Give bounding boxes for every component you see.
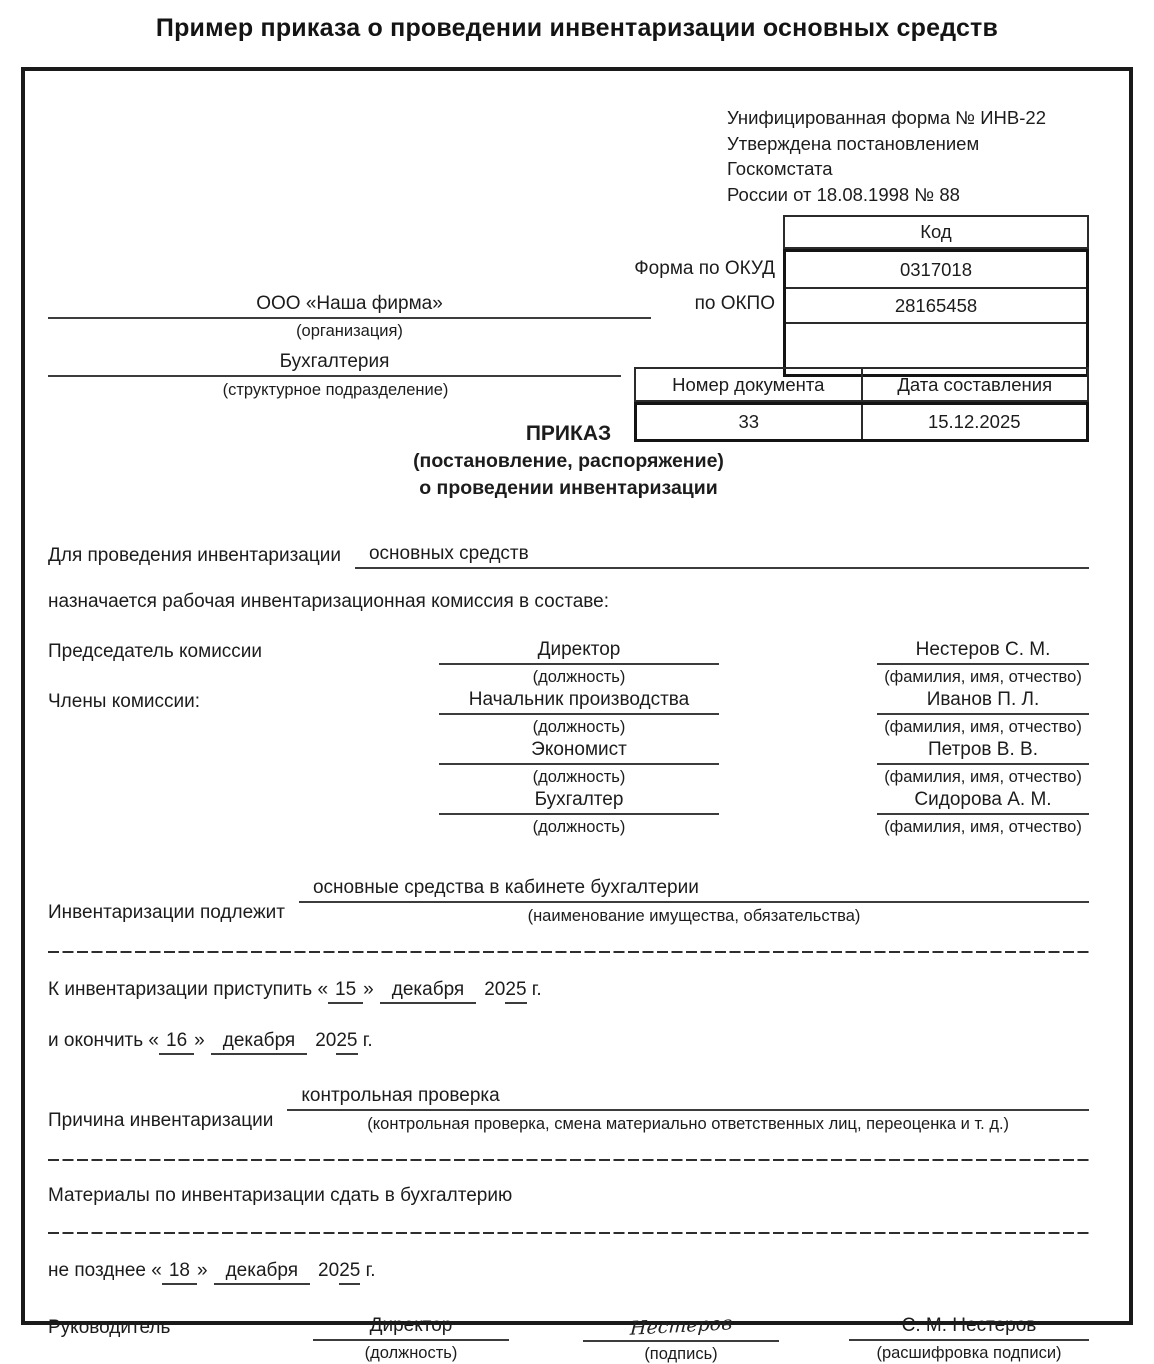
position-hint: (должность) — [439, 715, 719, 737]
intro-continuation: назначается рабочая инвентаризационная к… — [48, 591, 1089, 613]
code-table-header: Код — [783, 215, 1089, 249]
end-prefix: и окончить « — [48, 1030, 159, 1051]
year-suffix: г. — [366, 1260, 376, 1281]
form-meta-line: Унифицированная форма № ИНВ-22 — [727, 105, 1089, 131]
code-table: Код 0317018 28165458 — [783, 215, 1089, 377]
quote-close: » — [197, 1260, 208, 1281]
name-hint: (фамилия, имя, отчество) — [877, 815, 1089, 837]
intro-value-field: основных средств — [355, 543, 1089, 569]
header-grid: Форма по ОКУД ООО «Наша фирма» по ОКПО (… — [48, 215, 1089, 377]
position-field: Бухгалтер — [439, 789, 719, 815]
spacer — [719, 639, 877, 687]
signature-position-cell: Директор (должность) — [313, 1315, 509, 1364]
form-meta: Унифицированная форма № ИНВ-22 Утвержден… — [727, 105, 1089, 207]
year-century: 20 — [318, 1260, 339, 1281]
subject-label: Инвентаризации подлежит — [48, 902, 299, 926]
spacer — [509, 1315, 583, 1364]
subject-hint: (наименование имущества, обязательства) — [299, 903, 1089, 926]
commission-position-cell: Начальник производства (должность) — [439, 689, 719, 737]
spacer — [779, 1315, 849, 1364]
name-field: Иванов П. Л. — [877, 689, 1089, 715]
materials-line: Материалы по инвентаризации сдать в бухг… — [48, 1185, 1089, 1207]
commission-role: Члены комиссии: — [48, 689, 439, 737]
department-field: Бухгалтерия — [48, 351, 621, 377]
page-title: Пример приказа о проведении инвентаризац… — [10, 14, 1144, 43]
start-day-field: 15 — [328, 979, 363, 1004]
position-field: Экономист — [439, 739, 719, 765]
doc-number-header: Номер документа — [634, 367, 863, 402]
doc-date-header: Дата составления — [863, 367, 1090, 402]
doc-info-header-row: Номер документа Дата составления — [634, 367, 1089, 402]
end-day-field: 16 — [159, 1030, 194, 1055]
commission-name-cell: Нестеров С. М. (фамилия, имя, отчество) — [877, 639, 1089, 687]
document-frame: Унифицированная форма № ИНВ-22 Утвержден… — [21, 67, 1133, 1325]
signature-name-cell: С. М. Нестеров (расшифровка подписи) — [849, 1315, 1089, 1364]
commission-position-cell: Экономист (должность) — [439, 739, 719, 787]
commission-name-cell: Петров В. В. (фамилия, имя, отчество) — [877, 739, 1089, 787]
spacer — [719, 789, 877, 837]
commission-row: Экономист (должность) Петров В. В. (фами… — [48, 739, 1089, 787]
signature-row: Руководитель Директор (должность) Нестер… — [48, 1315, 1089, 1364]
commission-position-cell: Директор (должность) — [439, 639, 719, 687]
doc-date-value: 15.12.2025 — [861, 405, 1087, 439]
year-century: 20 — [484, 979, 505, 1000]
code-table-body: 0317018 28165458 — [783, 249, 1089, 377]
form-meta-line: России от 18.08.1998 № 88 — [727, 182, 1089, 208]
position-hint: (должность) — [439, 815, 719, 837]
start-month-field: декабря — [380, 979, 476, 1004]
reason-hint: (контрольная проверка, смена материально… — [287, 1111, 1089, 1134]
handwritten-signature: Нестеров — [629, 1312, 732, 1339]
signature-hint: (подпись) — [583, 1342, 779, 1364]
year-century: 20 — [315, 1030, 336, 1051]
commission-position-cell: Бухгалтер (должность) — [439, 789, 719, 837]
name-field: Петров В. В. — [877, 739, 1089, 765]
name-field: Нестеров С. М. — [877, 639, 1089, 665]
divider-dashed — [48, 1158, 1089, 1161]
department-hint: (структурное подразделение) — [48, 381, 623, 400]
end-year-field: 25 — [336, 1030, 357, 1055]
commission-role — [48, 789, 439, 837]
deadline-year-field: 25 — [339, 1260, 360, 1285]
end-month-field: декабря — [211, 1030, 307, 1055]
end-date-line: и окончить «16»декабря2025 г. — [48, 1030, 1089, 1055]
intro-label: Для проведения инвентаризации — [48, 545, 355, 569]
position-field: Директор — [439, 639, 719, 665]
doc-number-value: 33 — [637, 405, 861, 439]
reason-label: Причина инвентаризации — [48, 1110, 287, 1134]
reason-line: Причина инвентаризации контрольная прове… — [48, 1085, 1089, 1134]
signature-position-field: Директор — [313, 1315, 509, 1341]
organization-field: ООО «Наша фирма» — [48, 293, 651, 319]
doc-info-table: Номер документа Дата составления 33 15.1… — [634, 367, 1089, 442]
mid-section: (структурное подразделение) Номер докуме… — [48, 381, 1089, 509]
commission-section: Председатель комиссии Директор (должност… — [48, 639, 1089, 837]
name-field: Сидорова А. М. — [877, 789, 1089, 815]
deadline-line: не позднее «18»декабря2025 г. — [48, 1260, 1089, 1285]
signature-position-hint: (должность) — [313, 1341, 509, 1363]
intro-line: Для проведения инвентаризации основных с… — [48, 543, 1089, 569]
okpo-label: по ОКПО — [695, 293, 783, 319]
order-subject: о проведении инвентаризации — [48, 475, 1089, 501]
form-meta-line: Утверждена постановлением Госкомстата — [727, 131, 1089, 182]
start-date-line: К инвентаризации приступить «15»декабря2… — [48, 979, 1089, 1004]
year-suffix: г. — [363, 1030, 373, 1051]
okud-value: 0317018 — [786, 252, 1086, 287]
position-hint: (должность) — [439, 765, 719, 787]
name-hint: (фамилия, имя, отчество) — [877, 665, 1089, 687]
name-hint: (фамилия, имя, отчество) — [877, 765, 1089, 787]
deadline-prefix: не позднее « — [48, 1260, 162, 1281]
position-field: Начальник производства — [439, 689, 719, 715]
position-hint: (должность) — [439, 665, 719, 687]
start-year-field: 25 — [505, 979, 526, 1004]
subject-value-field: основные средства в кабинете бухгалтерии — [299, 877, 1089, 903]
name-hint: (фамилия, имя, отчество) — [877, 715, 1089, 737]
signature-name-field: С. М. Нестеров — [849, 1315, 1089, 1341]
signature-role: Руководитель — [48, 1315, 313, 1364]
signature-autograph-cell: Нестеров (подпись) — [583, 1315, 779, 1364]
reason-value-field: контрольная проверка — [287, 1085, 1089, 1111]
signature-name-hint: (расшифровка подписи) — [849, 1341, 1089, 1363]
commission-row: Члены комиссии: Начальник производства (… — [48, 689, 1089, 737]
spacer — [719, 739, 877, 787]
divider-dashed — [48, 1231, 1089, 1234]
start-prefix: К инвентаризации приступить « — [48, 979, 328, 1000]
deadline-day-field: 18 — [162, 1260, 197, 1285]
subject-line: Инвентаризации подлежит основные средств… — [48, 877, 1089, 926]
spacer — [719, 689, 877, 737]
doc-info-value-row: 33 15.12.2025 — [634, 402, 1089, 442]
commission-row: Председатель комиссии Директор (должност… — [48, 639, 1089, 687]
okpo-value: 28165458 — [786, 287, 1086, 322]
commission-name-cell: Сидорова А. М. (фамилия, имя, отчество) — [877, 789, 1089, 837]
year-suffix: г. — [532, 979, 542, 1000]
commission-role: Председатель комиссии — [48, 639, 439, 687]
okud-label: Форма по ОКУД — [634, 258, 783, 284]
order-subtitle: (постановление, распоряжение) — [48, 448, 1089, 474]
commission-row: Бухгалтер (должность) Сидорова А. М. (фа… — [48, 789, 1089, 837]
quote-close: » — [363, 979, 374, 1000]
quote-close: » — [194, 1030, 205, 1051]
commission-role — [48, 739, 439, 787]
divider-dashed — [48, 950, 1089, 953]
organization-hint: (организация) — [48, 319, 651, 345]
deadline-month-field: декабря — [214, 1260, 310, 1285]
commission-name-cell: Иванов П. Л. (фамилия, имя, отчество) — [877, 689, 1089, 737]
